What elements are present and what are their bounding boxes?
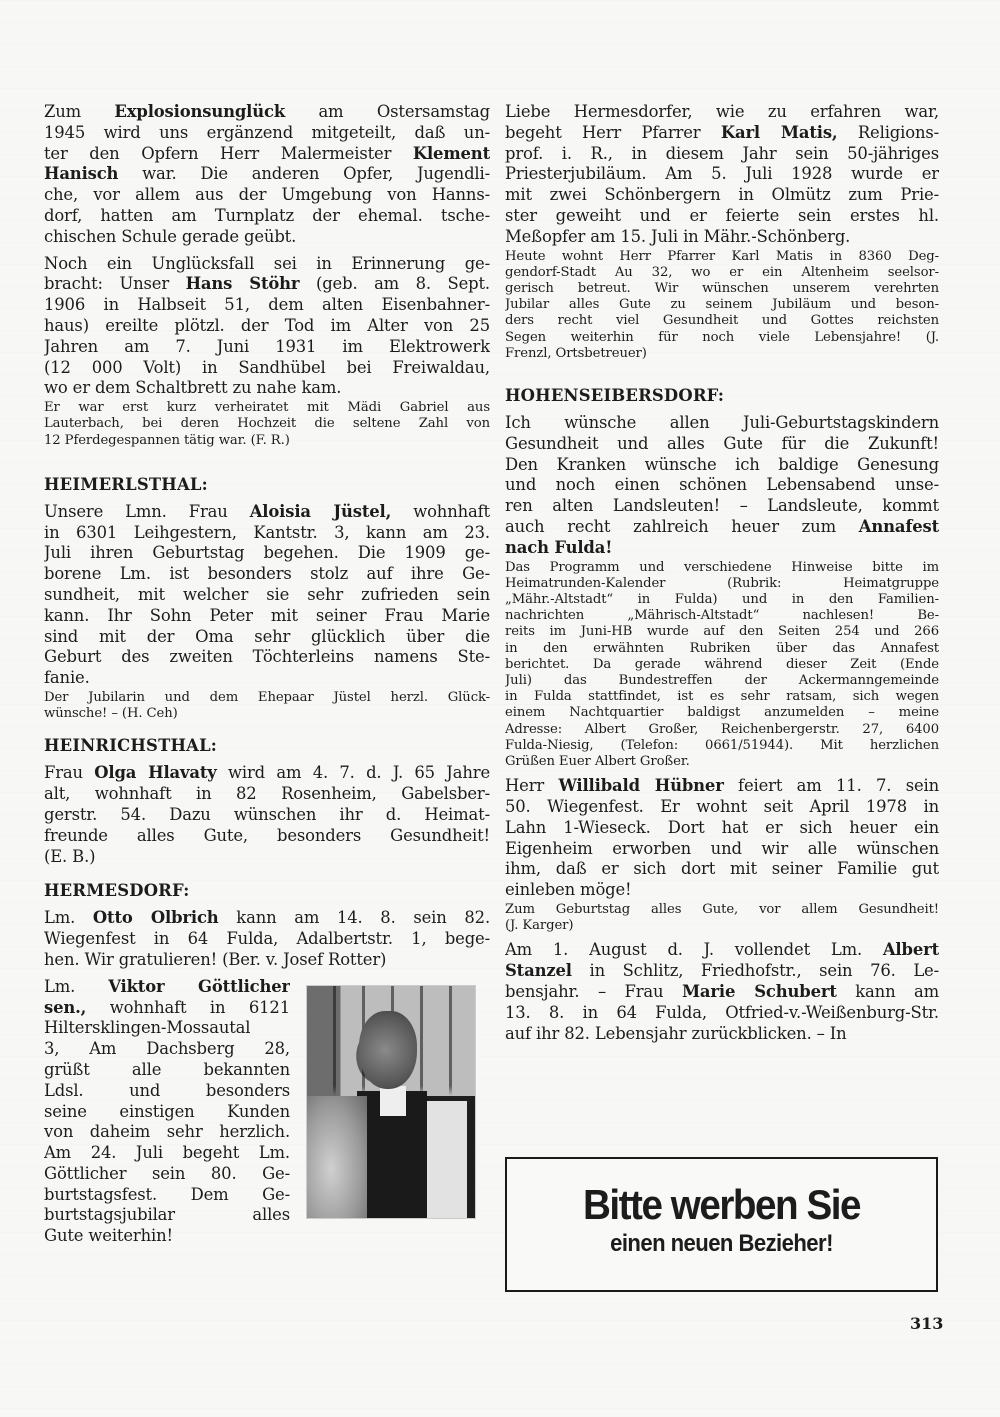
text-line: 50. Wiegenfest. Er wohnt seit April 1978… bbox=[505, 797, 939, 818]
text-line: 3, Am Dachsberg 28, bbox=[44, 1039, 290, 1060]
text-line: Zum Geburtstag alles Gute, vor allem Ges… bbox=[505, 902, 939, 918]
text-line: Wiegenfest in 64 Fulda, Adalbertstr. 1, … bbox=[44, 929, 490, 950]
text-line: chischen Schule gerade geübt. bbox=[44, 227, 490, 248]
text-line: ihm, daß er sich dort mit seiner Familie… bbox=[505, 859, 939, 880]
text-line: reits im Juni-HB wurde auf den Seiten 25… bbox=[505, 624, 939, 640]
text-line: seine einstigen Kunden bbox=[44, 1102, 290, 1123]
text-line: Lm. Otto Olbrich kann am 14. 8. sein 82. bbox=[44, 908, 490, 929]
text-line: Noch ein Unglücksfall sei in Erinnerung … bbox=[44, 254, 490, 275]
text-line: Hiltersklingen-Mossautal bbox=[44, 1018, 290, 1039]
article-matis: Liebe Hermesdorfer, wie zu erfahren war,… bbox=[505, 102, 939, 248]
text-line: einleben möge! bbox=[505, 880, 939, 901]
text-line: haus) ereilte plötzl. der Tod im Alter v… bbox=[44, 316, 490, 337]
article-hermesdorf-olbrich: Lm. Otto Olbrich kann am 14. 8. sein 82.… bbox=[44, 908, 490, 970]
bold-name: Olga Hlavaty bbox=[94, 763, 216, 782]
article-explosion: Zum Explosionsunglück am Ostersamstag194… bbox=[44, 102, 490, 248]
article-hohenseibersdorf-note: Das Programm und verschiedene Hinweise b… bbox=[505, 560, 939, 771]
article-heinrichsthal: Frau Olga Hlavaty wird am 4. 7. d. J. 65… bbox=[44, 763, 490, 867]
bold-name: Stanzel bbox=[505, 961, 572, 980]
article-matis-note: Heute wohnt Herr Pfarrer Karl Matis in 8… bbox=[505, 249, 939, 362]
advert-title: Bitte werben Sie bbox=[524, 1181, 919, 1229]
bold-name: Otto Olbrich bbox=[93, 908, 219, 927]
text-line: burtstagsjubilar alles bbox=[44, 1205, 290, 1226]
text-line: in den erwähnten Rubriken über das Annaf… bbox=[505, 641, 939, 657]
text-line: Frenzl, Ortsbetreuer) bbox=[505, 346, 939, 362]
text-line: 1945 wird uns ergänzend mitgeteilt, daß … bbox=[44, 123, 490, 144]
bold-name: Hanisch bbox=[44, 164, 118, 183]
text-line: in 6301 Leihgestern, Kantstr. 3, kann am… bbox=[44, 523, 490, 544]
text-line: Juli) das Bundestreffen der Ackermanngem… bbox=[505, 673, 939, 689]
text-line: Priesterjubiläum. Am 5. Juli 1928 wurde … bbox=[505, 164, 939, 185]
text-line: Gute weiterhin! bbox=[44, 1226, 290, 1247]
text-line: burtstagsfest. Dem Ge- bbox=[44, 1185, 290, 1206]
article-huebner: Herr Willibald Hübner feiert am 11. 7. s… bbox=[505, 776, 939, 901]
text-line: kann. Ihr Sohn Peter mit seiner Frau Mar… bbox=[44, 606, 490, 627]
text-line: Fulda-Niesig, (Telefon: 0661/51944). Mit… bbox=[505, 738, 939, 754]
portrait-photo bbox=[306, 985, 476, 1219]
text-line: Am 24. Juli begeht Lm. bbox=[44, 1143, 290, 1164]
section-heading-hermesdorf: HERMESDORF: bbox=[44, 881, 490, 901]
text-line: auch recht zahlreich heuer zum Annafest bbox=[505, 517, 939, 538]
text-line: sundheit, mit welcher sie sehr zufrieden… bbox=[44, 585, 490, 606]
text-line: Den Kranken wünsche ich baldige Genesung bbox=[505, 455, 939, 476]
text-line: Liebe Hermesdorfer, wie zu erfahren war, bbox=[505, 102, 939, 123]
text-line: Geburt des zweiten Töchterleins namens S… bbox=[44, 647, 490, 668]
text-line: von daheim sehr herzlich. bbox=[44, 1122, 290, 1143]
article-hohenseibersdorf: Ich wünsche allen Juli-Geburtstagskinder… bbox=[505, 413, 939, 559]
text-line: borene Lm. ist besonders stolz auf ihre … bbox=[44, 564, 490, 585]
text-line: Adresse: Albert Großer, Reichenbergerstr… bbox=[505, 722, 939, 738]
text-line: Der Jubilarin und dem Ehepaar Jüstel her… bbox=[44, 690, 490, 706]
text-line: 1906 in Halbseit 51, dem alten Eisenbahn… bbox=[44, 295, 490, 316]
article-accident: Noch ein Unglücksfall sei in Erinnerung … bbox=[44, 254, 490, 400]
text-line: gendorf-Stadt Au 32, wo er ein Altenheim… bbox=[505, 265, 939, 281]
text-line: ders recht viel Gesundheit und Gottes re… bbox=[505, 313, 939, 329]
section-heading-heinrichsthal: HEINRICHSTHAL: bbox=[44, 736, 490, 756]
bold-name: Albert bbox=[883, 940, 939, 959]
bold-name: Hans Stöhr bbox=[186, 274, 300, 293]
text-line: Eigenheim erworben und wir alle wünschen bbox=[505, 839, 939, 860]
text-line: Ldsl. und besonders bbox=[44, 1081, 290, 1102]
text-line: freunde alles Gute, besonders Gesundheit… bbox=[44, 826, 490, 847]
text-line: che, vor allem aus der Umgebung von Hann… bbox=[44, 185, 490, 206]
text-line: (E. B.) bbox=[44, 847, 490, 868]
text-line: Jubilar alles Gute zu seinem Jubiläum un… bbox=[505, 297, 939, 313]
bold-name: Explosionsunglück bbox=[114, 102, 285, 121]
text-line: Unsere Lmn. Frau Aloisia Jüstel, wohnhaf… bbox=[44, 502, 490, 523]
text-line: Meßopfer am 15. Juli in Mähr.-Schönberg. bbox=[505, 227, 939, 248]
photo-head bbox=[359, 1011, 417, 1089]
text-line: mit zwei Schönbergern in Olmütz zum Prie… bbox=[505, 185, 939, 206]
text-line: Frau Olga Hlavaty wird am 4. 7. d. J. 65… bbox=[44, 763, 490, 784]
text-line: Juli ihren Geburtstag begehen. Die 1909 … bbox=[44, 543, 490, 564]
photo-collar bbox=[380, 1086, 406, 1116]
text-line: Herr Willibald Hübner feiert am 11. 7. s… bbox=[505, 776, 939, 797]
text-line: Jahren am 7. Juni 1931 im Elektrowerk bbox=[44, 337, 490, 358]
bold-name: Aloisia Jüstel, bbox=[250, 502, 391, 521]
text-line: und noch einen schönen Lebensabend unse- bbox=[505, 475, 939, 496]
photo-shirt-right bbox=[423, 1101, 467, 1218]
bold-name: Viktor Göttlicher bbox=[108, 977, 290, 996]
text-line: Heimatrunden-Kalender (Rubrik: Heimatgru… bbox=[505, 576, 939, 592]
bold-name: Marie Schubert bbox=[682, 982, 837, 1001]
right-column: Liebe Hermesdorfer, wie zu erfahren war,… bbox=[505, 102, 939, 1050]
text-line: begeht Herr Pfarrer Karl Matis, Religion… bbox=[505, 123, 939, 144]
text-line: prof. i. R., in diesem Jahr sein 50-jähr… bbox=[505, 144, 939, 165]
article-heimerlsthal: Unsere Lmn. Frau Aloisia Jüstel, wohnhaf… bbox=[44, 502, 490, 689]
text-line: wo er dem Schaltbrett zu nahe kam. bbox=[44, 378, 490, 399]
bold-name: Willibald Hübner bbox=[558, 776, 723, 795]
article-hermesdorf-goettlicher: Lm. Viktor Göttlichersen., wohnhaft in 6… bbox=[44, 977, 490, 1247]
text-line: gerstr. 54. Dazu wünschen ihr d. Heimat- bbox=[44, 805, 490, 826]
text-line: gerisch betreut. Wir wünschen unserem ve… bbox=[505, 281, 939, 297]
text-line: Ich wünsche allen Juli-Geburtstagskinder… bbox=[505, 413, 939, 434]
text-line: alt, wohnhaft in 82 Rosenheim, Gabelsber… bbox=[44, 784, 490, 805]
text-line: sind mit der Oma sehr glücklich über die bbox=[44, 627, 490, 648]
text-line: 12 Pferdegespannen tätig war. (F. R.) bbox=[44, 433, 490, 449]
text-line: bensjahr. – Frau Marie Schubert kann am bbox=[505, 982, 939, 1003]
left-column: Zum Explosionsunglück am Ostersamstag194… bbox=[44, 102, 490, 1253]
bold-name: nach Fulda! bbox=[505, 538, 612, 557]
text-line: Grüßen Euer Albert Großer. bbox=[505, 754, 939, 770]
advert-subtitle: einen neuen Bezieher! bbox=[524, 1229, 919, 1259]
bold-name: Karl Matis, bbox=[721, 123, 838, 142]
article-heimerlsthal-note: Der Jubilarin und dem Ehepaar Jüstel her… bbox=[44, 690, 490, 722]
text-line: hen. Wir gratulieren! (Ber. v. Josef Rot… bbox=[44, 950, 490, 971]
article-stanzel-schubert: Am 1. August d. J. vollendet Lm. AlbertS… bbox=[505, 940, 939, 1044]
text-line: dorf, hatten am Turnplatz der ehemal. ts… bbox=[44, 206, 490, 227]
text-line: (J. Karger) bbox=[505, 918, 939, 934]
text-line: nach Fulda! bbox=[505, 538, 939, 559]
text-line: auf ihr 82. Lebensjahr zurückblicken. – … bbox=[505, 1024, 939, 1045]
text-line: bracht: Unser Hans Stöhr (geb. am 8. Sep… bbox=[44, 274, 490, 295]
text-line: einem Nachtquartier baldigst anzumelden … bbox=[505, 705, 939, 721]
text-line: Göttlicher sein 80. Ge- bbox=[44, 1164, 290, 1185]
bold-name: Klement bbox=[413, 144, 490, 163]
text-line: Hanisch war. Die anderen Opfer, Jugendli… bbox=[44, 164, 490, 185]
text-line: ster geweiht und er feierte sein erstes … bbox=[505, 206, 939, 227]
text-line: Das Programm und verschiedene Hinweise b… bbox=[505, 560, 939, 576]
text-line: Gesundheit und alles Gute für die Zukunf… bbox=[505, 434, 939, 455]
text-line: Lm. Viktor Göttlicher bbox=[44, 977, 290, 998]
article-accident-note: Er war erst kurz verheiratet mit Mädi Ga… bbox=[44, 400, 490, 449]
bold-name: sen., bbox=[44, 998, 86, 1017]
text-line: sen., wohnhaft in 6121 bbox=[44, 998, 290, 1019]
text-line: in Fulda stattfindet, ist es sehr ratsam… bbox=[505, 689, 939, 705]
text-line: Segen weiterhin für noch viele Lebensjah… bbox=[505, 330, 939, 346]
text-line: (12 000 Volt) in Sandhübel bei Freiwalda… bbox=[44, 358, 490, 379]
section-heading-hohenseibersdorf: HOHENSEIBERSDORF: bbox=[505, 386, 939, 406]
advert-box: Bitte werben Sie einen neuen Bezieher! bbox=[505, 1157, 938, 1292]
photo-pet bbox=[307, 1096, 367, 1218]
bold-name: Annafest bbox=[859, 517, 939, 536]
text-line: nachrichten „Mährisch-Altstadt“ nachlese… bbox=[505, 608, 939, 624]
text-line: ren alten Landsleuten! – Landsleute, kom… bbox=[505, 496, 939, 517]
text-line: berichtet. Da gerade während dieser Zeit… bbox=[505, 657, 939, 673]
text-line: Stanzel in Schlitz, Friedhofstr., sein 7… bbox=[505, 961, 939, 982]
text-line: ter den Opfern Herr Malermeister Klement bbox=[44, 144, 490, 165]
section-heading-heimerlsthal: HEIMERLSTHAL: bbox=[44, 475, 490, 495]
text-line: Lauterbach, bei deren Hochzeit die selte… bbox=[44, 416, 490, 432]
page-number: 313 bbox=[910, 1314, 943, 1333]
text-line: Er war erst kurz verheiratet mit Mädi Ga… bbox=[44, 400, 490, 416]
text-line: „Mähr.-Altstadt“ in Fulda) und in den Fa… bbox=[505, 592, 939, 608]
text-line: Lahn 1-Wieseck. Dort hat er sich heuer e… bbox=[505, 818, 939, 839]
text-line: grüßt alle bekannten bbox=[44, 1060, 290, 1081]
text-line: Am 1. August d. J. vollendet Lm. Albert bbox=[505, 940, 939, 961]
article-huebner-note: Zum Geburtstag alles Gute, vor allem Ges… bbox=[505, 902, 939, 934]
text-line: Heute wohnt Herr Pfarrer Karl Matis in 8… bbox=[505, 249, 939, 265]
text-line: wünsche! – (H. Ceh) bbox=[44, 706, 490, 722]
text-line: fanie. bbox=[44, 668, 490, 689]
text-line: Zum Explosionsunglück am Ostersamstag bbox=[44, 102, 490, 123]
text-line: 13. 8. in 64 Fulda, Otfried-v.-Weißenbur… bbox=[505, 1003, 939, 1024]
